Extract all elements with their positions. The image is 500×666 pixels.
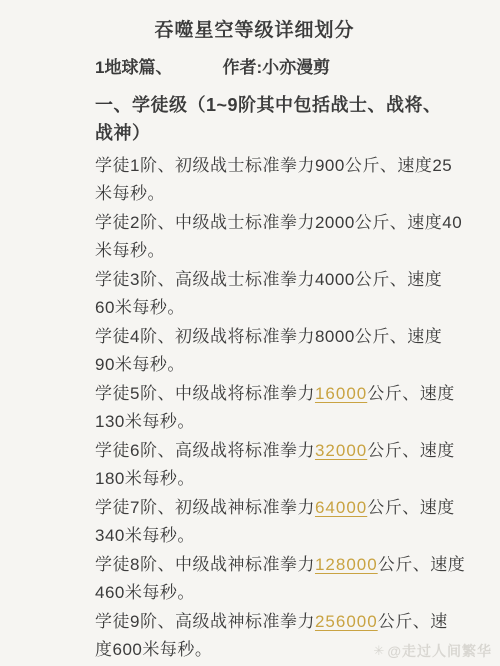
section-heading: 一、学徒级（1~9阶其中包括战士、战将、战神） — [95, 91, 414, 147]
author-label: 作者:小亦漫剪 — [222, 57, 330, 79]
level-entry-3: 学徒3阶、高级战士标准拳力4000公斤、速度60米每秒。 — [95, 266, 414, 321]
highlight-number: 128000 — [315, 555, 378, 574]
level-entry-6: 学徒6阶、高级战将标准拳力32000公斤、速度180米每秒。 — [95, 437, 414, 492]
entry-text: 公斤、速度 — [378, 555, 466, 574]
watermark-handle: @走过人间繁华 — [387, 643, 492, 659]
entry-text: 公斤、速度 — [367, 498, 455, 517]
entry-text: 学徒9阶、高级战神标准拳力 — [95, 612, 315, 631]
section-heading-line1: 一、学徒级（1~9阶其中包括战士、战将、 — [95, 95, 442, 115]
entry-text: 130米每秒。 — [95, 412, 195, 431]
entry-text: 340米每秒。 — [95, 526, 195, 545]
entry-text: 公斤、速 — [378, 612, 448, 631]
entry-text: 学徒2阶、中级战士标准拳力2000公斤、速度40 — [95, 213, 462, 232]
entry-text: 460米每秒。 — [95, 583, 195, 602]
entry-text: 学徒1阶、初级战士标准拳力900公斤、速度25 — [95, 156, 452, 175]
entry-text: 度600米每秒。 — [95, 640, 212, 659]
app-logo-icon: ✳ — [373, 643, 385, 659]
entry-text: 学徒4阶、初级战将标准拳力8000公斤、速度 — [95, 327, 442, 346]
entry-text: 学徒7阶、初级战神标准拳力 — [95, 498, 315, 517]
section-heading-line2: 战神） — [95, 123, 151, 143]
highlight-number: 64000 — [315, 498, 367, 517]
level-entry-1: 学徒1阶、初级战士标准拳力900公斤、速度25米每秒。 — [95, 152, 414, 207]
text-card: 吞噬星空等级详细划分 1地球篇、 作者:小亦漫剪 一、学徒级（1~9阶其中包括战… — [0, 0, 500, 666]
entry-text: 米每秒。 — [95, 184, 165, 203]
level-entry-8: 学徒8阶、中级战神标准拳力128000公斤、速度460米每秒。 — [95, 551, 414, 606]
entry-text: 学徒8阶、中级战神标准拳力 — [95, 555, 315, 574]
entry-text: 学徒5阶、中级战将标准拳力 — [95, 384, 315, 403]
highlight-number: 256000 — [315, 612, 378, 631]
level-entry-2: 学徒2阶、中级战士标准拳力2000公斤、速度40米每秒。 — [95, 209, 414, 264]
entry-text: 学徒3阶、高级战士标准拳力4000公斤、速度 — [95, 270, 442, 289]
entry-text: 180米每秒。 — [95, 469, 195, 488]
highlight-number: 32000 — [315, 441, 367, 460]
entry-text: 公斤、速度 — [367, 441, 455, 460]
watermark: ✳ @走过人间繁华 — [373, 643, 492, 659]
entry-text: 公斤、速度 — [367, 384, 455, 403]
entry-text: 米每秒。 — [95, 241, 165, 260]
highlight-number: 16000 — [315, 384, 367, 403]
meta-row: 1地球篇、 作者:小亦漫剪 — [95, 57, 414, 79]
level-entry-9: 学徒9阶、高级战神标准拳力256000公斤、速度600米每秒。 — [95, 608, 414, 663]
level-entry-7: 学徒7阶、初级战神标准拳力64000公斤、速度340米每秒。 — [95, 494, 414, 549]
entry-text: 90米每秒。 — [95, 355, 185, 374]
volume-label: 1地球篇、 — [95, 57, 172, 79]
level-entry-5: 学徒5阶、中级战将标准拳力16000公斤、速度130米每秒。 — [95, 380, 414, 435]
level-entry-4: 学徒4阶、初级战将标准拳力8000公斤、速度90米每秒。 — [95, 323, 414, 378]
page-title: 吞噬星空等级详细划分 — [95, 20, 414, 42]
entry-text: 学徒6阶、高级战将标准拳力 — [95, 441, 315, 460]
entry-text: 60米每秒。 — [95, 298, 185, 317]
